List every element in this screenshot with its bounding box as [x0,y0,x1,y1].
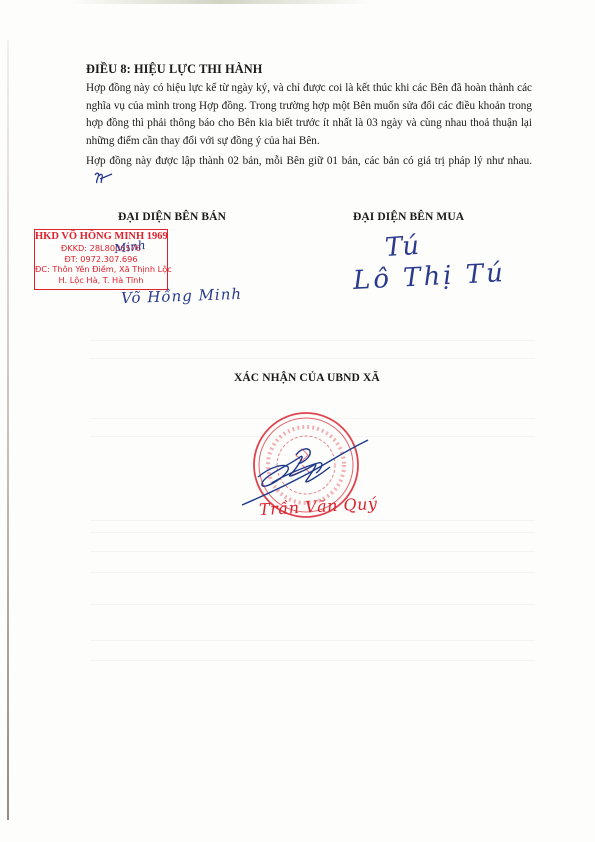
seller-handwritten-name: Võ Hồng Minh [121,285,243,307]
buyer-initial-signature: Tú [384,231,420,263]
buyer-handwritten-name: Lô Thị Tú [352,258,506,296]
bleed-through-line [90,640,535,641]
article-title: ĐIỀU 8: HIỆU LỰC THI HÀNH [86,62,532,77]
bleed-through-line [90,358,535,359]
article-paragraph-text: Hợp đồng này được lập thành 02 bản, mỗi … [86,155,532,167]
bleed-through-line [90,660,535,661]
article-paragraph: Hợp đồng này có hiệu lực kể từ ngày ký, … [86,80,532,150]
page-binding-edge [7,40,9,820]
stamp-business-name: HKD VÕ HỒNG MINH 1969 [35,231,167,243]
bleed-through-line [90,340,535,341]
article-8: ĐIỀU 8: HIỆU LỰC THI HÀNH Hợp đồng này c… [86,62,532,189]
stamp-registration: ĐKKD: 28L8006576 [35,243,167,254]
bleed-through-line [90,572,535,573]
bleed-through-line [90,604,535,605]
bleed-through-line [90,532,535,533]
buyer-representative-heading: ĐẠI DIỆN BÊN MUA [353,211,464,223]
initial-mark-icon [92,171,114,185]
page-edge-shadow [70,0,370,4]
seller-business-stamp: HKD VÕ HỒNG MINH 1969 ĐKKD: 28L8006576 Đ… [34,229,168,290]
stamp-phone: ĐT: 0972.307.696 [35,254,167,265]
stamp-district: H. Lộc Hà, T. Hà Tĩnh [35,275,167,286]
commune-confirmation-heading: XÁC NHẬN CỦA UBND XÃ [234,372,380,384]
seller-representative-heading: ĐẠI DIỆN BÊN BÁN [118,211,226,223]
stamp-address: ĐC: Thôn Yên Điềm, Xã Thịnh Lộc [35,264,167,275]
article-paragraph: Hợp đồng này được lập thành 02 bản, mỗi … [86,153,532,188]
bleed-through-line [90,551,535,552]
